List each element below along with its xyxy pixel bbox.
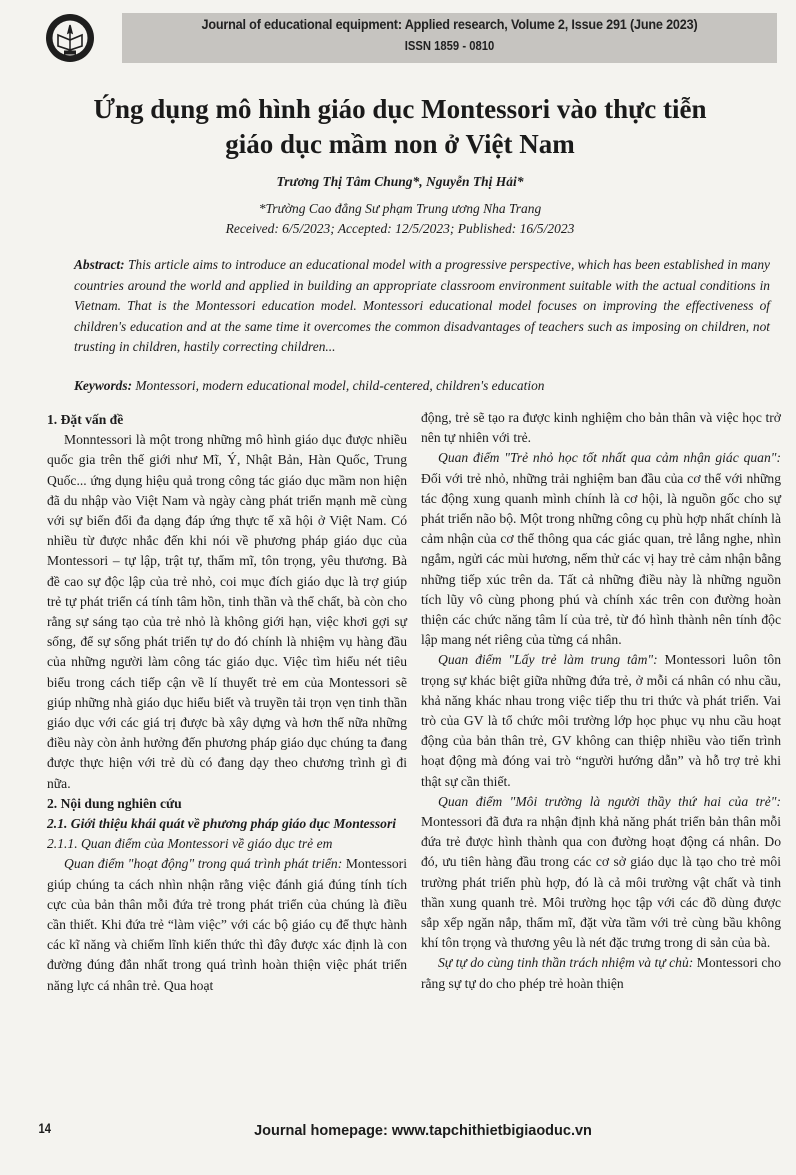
journal-homepage: Journal homepage: www.tapchithietbigiaod… <box>0 1123 796 1139</box>
title-line-2: giáo dục mầm non ở Việt Nam <box>40 127 760 162</box>
publication-dates: Received: 6/5/2023; Accepted: 12/5/2023;… <box>40 221 760 237</box>
paragraph-lead: Sự tự do cùng tinh thần trách nhiệm và t… <box>438 955 693 970</box>
section-heading-1: 1. Đặt vấn đề <box>47 410 407 430</box>
abstract: Abstract: This article aims to introduce… <box>74 255 770 358</box>
journal-logo-icon <box>45 13 95 63</box>
title-line-1: Ứng dụng mô hình giáo dục Montessori vào… <box>40 92 760 127</box>
affiliation: *Trường Cao đẳng Sư phạm Trung ương Nha … <box>40 201 760 217</box>
paragraph-lead: Quan điểm "Lấy trẻ làm trung tâm": <box>438 652 658 667</box>
right-column: động, trẻ sẽ tạo ra được kinh nghiệm cho… <box>421 408 781 994</box>
article-title: Ứng dụng mô hình giáo dục Montessori vào… <box>40 92 760 162</box>
paragraph-text: Đối với trẻ nhỏ, những trải nghiệm ban đ… <box>421 471 781 648</box>
paragraph: Sự tự do cùng tinh thần trách nhiệm và t… <box>421 953 781 993</box>
authors: Trương Thị Tâm Chung*, Nguyễn Thị Hải* <box>40 174 760 190</box>
journal-header: Journal of educational equipment: Applie… <box>122 13 777 63</box>
abstract-text: This article aims to introduce an educat… <box>74 257 770 354</box>
subsection-heading-2-1-1: 2.1.1. Quan điểm của Montessori về giáo … <box>47 834 407 854</box>
left-column: 1. Đặt vấn đề Monntessori là một trong n… <box>47 410 407 996</box>
paragraph-lead: Quan điểm "hoạt động" trong quá trình ph… <box>64 856 342 871</box>
paragraph-text: Montessori đã đưa ra nhận định khả năng … <box>421 814 781 950</box>
paragraph-lead: Quan điểm "Trẻ nhỏ học tốt nhất qua cảm … <box>438 450 781 465</box>
section-heading-2: 2. Nội dung nghiên cứu <box>47 794 407 814</box>
paragraph: Monntessori là một trong những mô hình g… <box>47 430 407 794</box>
abstract-label: Abstract: <box>74 257 125 272</box>
journal-name: Journal of educational equipment: Applie… <box>145 17 754 32</box>
paragraph: Quan điểm "Trẻ nhỏ học tốt nhất qua cảm … <box>421 448 781 650</box>
paragraph: Quan điểm "Môi trường là người thầy thứ … <box>421 792 781 954</box>
subsection-heading-2-1: 2.1. Giới thiệu khái quát về phương pháp… <box>47 814 407 834</box>
paragraph-text: Montessori luôn tôn trọng sự khác biệt g… <box>421 652 781 788</box>
issn: ISSN 1859 - 0810 <box>155 39 745 53</box>
paragraph: Quan điểm "hoạt động" trong quá trình ph… <box>47 854 407 995</box>
paragraph-lead: Quan điểm "Môi trường là người thầy thứ … <box>438 794 781 809</box>
paragraph: động, trẻ sẽ tạo ra được kinh nghiệm cho… <box>421 408 781 448</box>
paragraph: Quan điểm "Lấy trẻ làm trung tâm": Monte… <box>421 650 781 791</box>
keywords-label: Keywords: <box>74 378 132 393</box>
paragraph-text: Montessori giúp chúng ta cách nhìn nhận … <box>47 856 407 992</box>
keywords-text: Montessori, modern educational model, ch… <box>132 378 544 393</box>
keywords: Keywords: Montessori, modern educational… <box>74 378 770 394</box>
